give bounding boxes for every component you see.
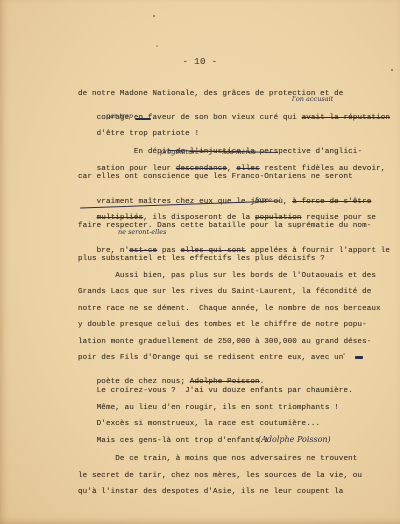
handwritten-signature: (Adolphe Poisson) <box>258 435 331 444</box>
text-line: car elles ont conscience que les Franco-… <box>78 173 353 181</box>
text-segment: d'être <box>97 130 125 138</box>
struck-text: avait la réputation <box>302 114 390 122</box>
text-segment: . <box>260 378 265 386</box>
struck-text: multipliés <box>97 214 144 222</box>
text-line: qu'à l'instar des despotes d'Asie, ils n… <box>78 488 343 496</box>
poem-line: Mais ces gens-là ont trop d'enfants ! <box>78 437 269 445</box>
text-line: Grands Lacs que sur les rives du Saint-L… <box>78 288 371 296</box>
struck-text: est-ce <box>129 247 157 255</box>
text-line: poir des Fils d'Orange qui se redisent e… <box>78 354 343 362</box>
text-segment: , <box>227 165 236 173</box>
text-segment: poète de chez nous <box>97 378 181 386</box>
text-segment: patriote ! <box>153 130 200 138</box>
paper-speck <box>156 45 158 47</box>
handwritten-insert: l'on accusait <box>292 95 333 103</box>
text-segment: , ils disposeront de la <box>143 214 255 222</box>
struck-text: descendance <box>176 165 227 173</box>
text-line: notre race ne se dément. Chaque année, l… <box>78 305 381 313</box>
text-line: plus substantiel et les effectifs les pl… <box>78 255 325 263</box>
paper-speck <box>153 15 155 17</box>
ink-blot <box>355 356 363 359</box>
text-segment: ; <box>180 378 189 386</box>
text-segment: trop <box>125 130 153 138</box>
text-segment: restent fidèles au devoir, <box>260 165 386 173</box>
scribble-mark <box>135 118 151 120</box>
page-number: - 10 - <box>0 56 400 67</box>
text-segment: bre, n' <box>97 247 130 255</box>
text-segment: sation pour leur <box>97 165 176 173</box>
document-page: - 10 - de notre Madone Nationale, des gr… <box>0 0 400 524</box>
poem-line: Même, au lieu d'en rougir, ils en sont t… <box>78 404 339 412</box>
poem-line: Le croirez-vous ? J'ai vu douze enfants … <box>78 387 353 395</box>
text-line: lation monte graduellement de 250,000 à … <box>78 338 371 346</box>
struck-text: population <box>255 214 302 222</box>
paper-speck <box>391 69 393 71</box>
handwritten-insert: nos mères <box>222 148 256 156</box>
handwritten-insert: ne seront-elles <box>118 228 166 236</box>
text-line: y double presque celui des tombes et le … <box>78 321 367 329</box>
struck-text: elles qui sont <box>181 247 246 255</box>
handwritten-insert: par trop <box>106 112 133 120</box>
handwritten-insert: progéniture <box>160 148 199 156</box>
text-segment: requise pour se <box>302 214 377 222</box>
text-segment: appelées à fournir l'apport le <box>246 247 390 255</box>
struck-text: Adolphe Poisson <box>190 378 260 386</box>
text-line: le secret de tarir, chez nos mères, les … <box>78 472 362 480</box>
poem-line: D'excès si monstrueux, la race est coutu… <box>78 420 320 428</box>
handwritten-insert: force <box>255 196 272 204</box>
text-line: De ce train, à moins que nos adversaires… <box>78 455 357 463</box>
struck-text: à force de s'être <box>292 198 371 206</box>
text-line: Aussi bien, pas plus sur les bords de l'… <box>78 272 376 280</box>
text-segment: pas <box>157 247 180 255</box>
struck-text: elles <box>236 165 259 173</box>
